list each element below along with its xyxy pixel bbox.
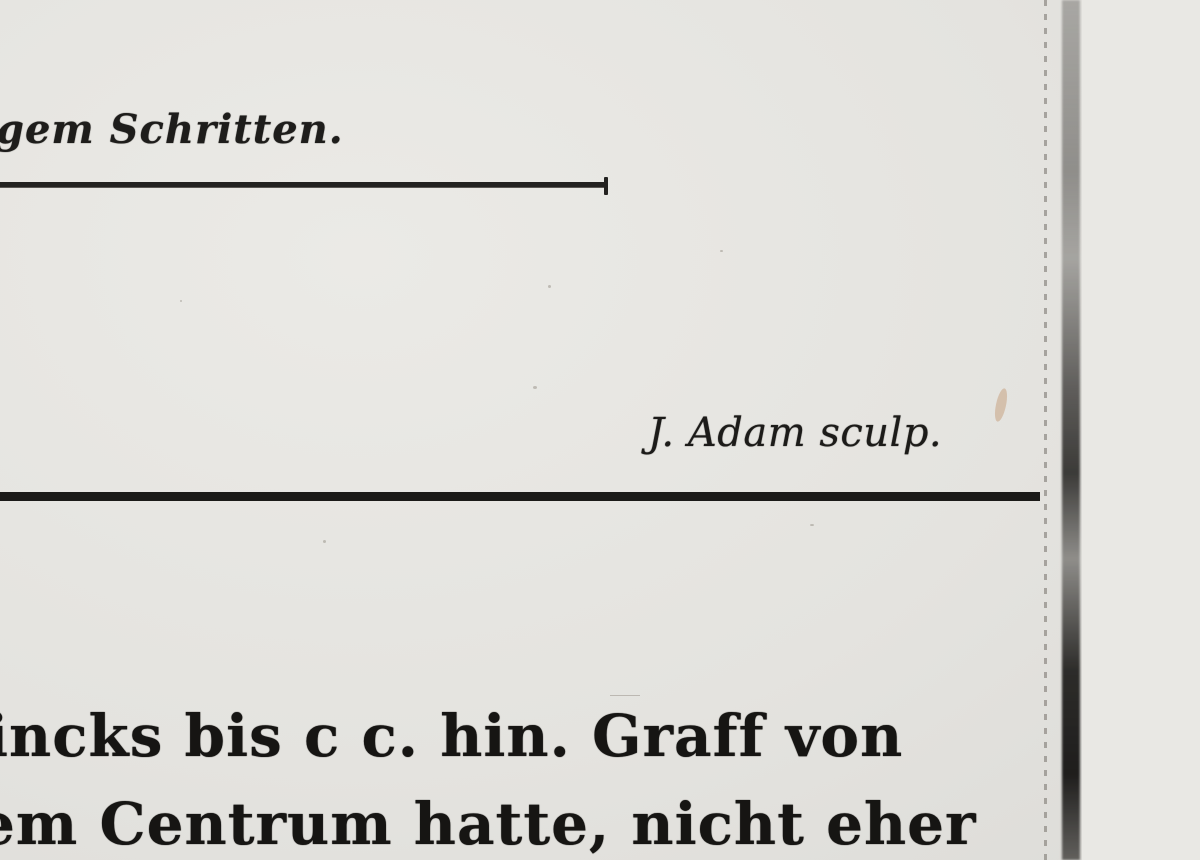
top-rule: [0, 182, 608, 188]
paper-speck: [610, 695, 640, 696]
body-text-line-2: em Centrum hatte, nicht eher: [0, 790, 977, 858]
middle-rule: [0, 492, 1040, 501]
paper-speck: [720, 250, 723, 252]
top-rule-end-tick: [604, 177, 608, 195]
paper-speck: [323, 540, 326, 543]
page-border-dotted-line: [1044, 0, 1047, 860]
engraver-signature: J. Adam sculp.: [648, 410, 942, 456]
paper-speck: [548, 285, 551, 288]
paper-speck: [533, 386, 537, 389]
right-margin: [1082, 0, 1200, 860]
body-text-line-1: incks bis c c. hin. Graff von: [0, 702, 903, 770]
paper-speck: [180, 300, 182, 302]
heading-fragment: gem Schritten.: [0, 106, 344, 153]
page-border-ink-line: [1062, 0, 1080, 860]
paper-speck: [810, 524, 814, 526]
